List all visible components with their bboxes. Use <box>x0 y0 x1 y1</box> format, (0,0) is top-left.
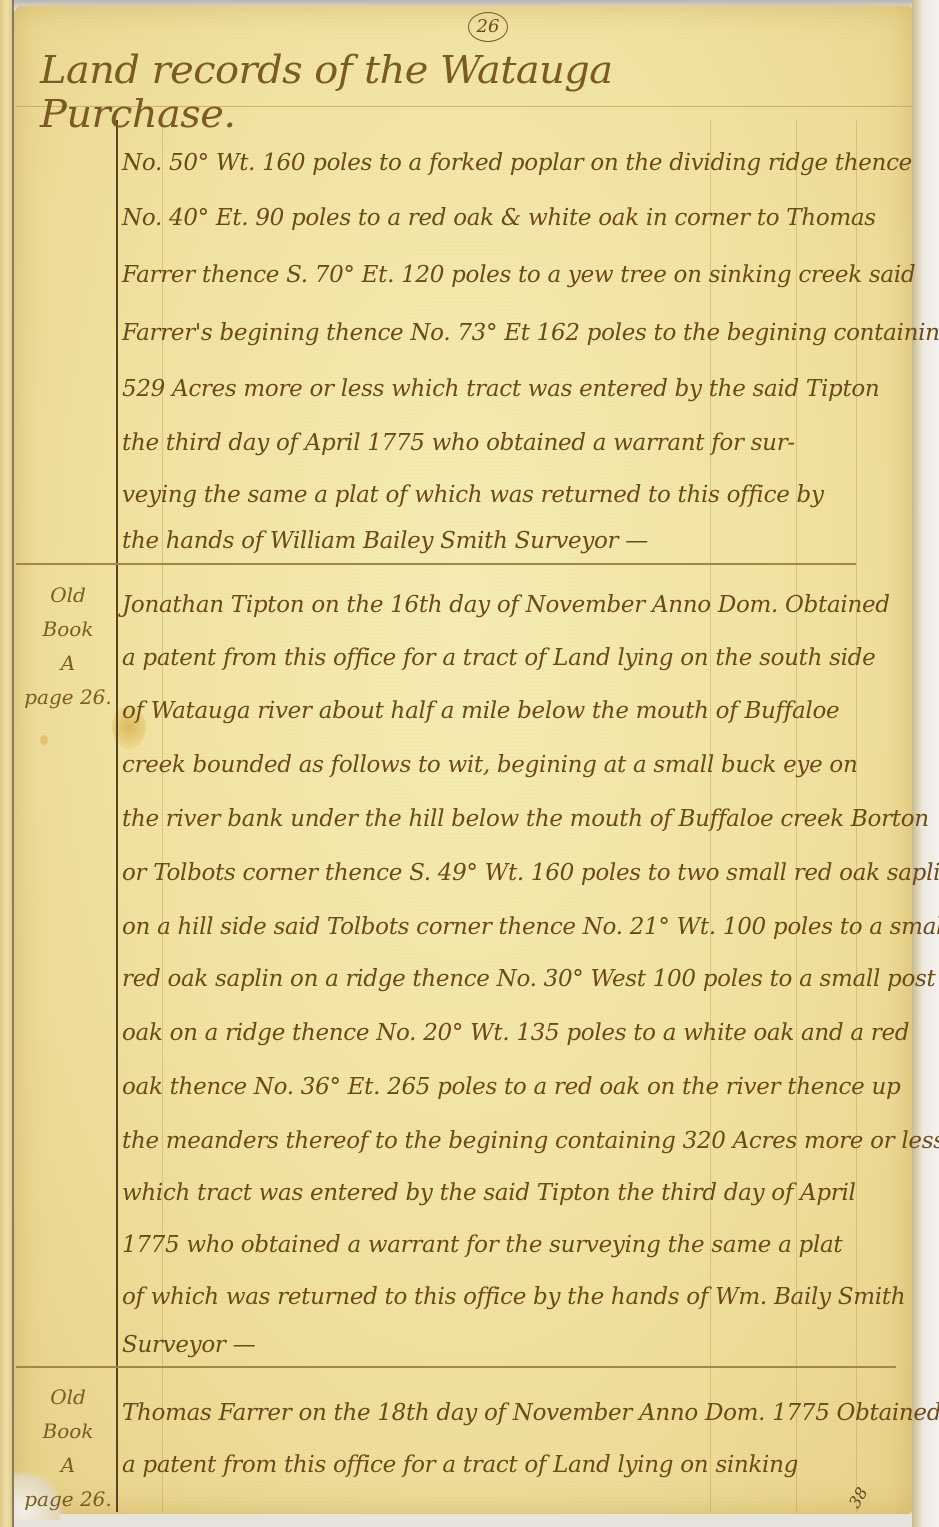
entry-line: the river bank under the hill below the … <box>122 806 912 832</box>
margin-page: page 26. <box>22 680 114 714</box>
margin-page: page 26. <box>22 1482 114 1516</box>
entry-divider <box>16 563 856 565</box>
entry-line: Farrer's begining thence No. 73° Et 162 … <box>122 320 912 346</box>
entry-line: No. 40° Et. 90 poles to a red oak & whit… <box>122 205 912 231</box>
entry-line: or Tolbots corner thence S. 49° Wt. 160 … <box>122 860 912 886</box>
page-title: Land records of the Watauga Purchase. <box>40 48 796 136</box>
margin-book: Old Book <box>22 1380 114 1448</box>
entry-line: of which was returned to this office by … <box>122 1284 912 1310</box>
margin-reference: Old Book A page 26. <box>22 1380 114 1516</box>
entry-line: the hands of William Bailey Smith Survey… <box>122 528 912 554</box>
entry-line: on a hill side said Tolbots corner thenc… <box>122 914 912 940</box>
entry-line: 529 Acres more or less which tract was e… <box>122 376 912 402</box>
entry-line: No. 50° Wt. 160 poles to a forked poplar… <box>122 150 912 176</box>
entry-line: 1775 who obtained a warrant for the surv… <box>122 1232 912 1258</box>
entry-line: Surveyor — <box>122 1332 912 1358</box>
entry-line: which tract was entered by the said Tipt… <box>122 1180 912 1206</box>
entry-line: creek bounded as follows to wit, beginin… <box>122 752 912 778</box>
entry-line: Thomas Farrer on the 18th day of Novembe… <box>122 1400 912 1426</box>
margin-rule <box>116 120 118 1512</box>
entry-line: Farrer thence S. 70° Et. 120 poles to a … <box>122 262 912 288</box>
page-right-edge <box>912 0 939 1527</box>
entry-line: oak on a ridge thence No. 20° Wt. 135 po… <box>122 1020 912 1046</box>
entry-line: the meanders thereof to the begining con… <box>122 1128 912 1154</box>
entry-line: oak thence No. 36° Et. 265 poles to a re… <box>122 1074 912 1100</box>
entry-line: red oak saplin on a ridge thence No. 30°… <box>122 966 912 992</box>
entry-line: veying the same a plat of which was retu… <box>122 482 912 508</box>
entry-line: Jonathan Tipton on the 16th day of Novem… <box>122 592 912 618</box>
margin-volume: A <box>22 646 114 680</box>
entry-line: the third day of April 1775 who obtained… <box>122 430 912 456</box>
page-number: 26 <box>468 12 508 42</box>
entry-line: a patent from this office for a tract of… <box>122 645 912 671</box>
ink-spot <box>40 735 48 745</box>
margin-book: Old Book <box>22 578 114 646</box>
margin-volume: A <box>22 1448 114 1482</box>
entry-divider <box>16 1366 896 1368</box>
entry-line: a patent from this office for a tract of… <box>122 1452 912 1478</box>
margin-reference: Old Book A page 26. <box>22 578 114 714</box>
entry-line: of Watauga river about half a mile below… <box>122 698 912 724</box>
document-page: 26 Land records of the Watauga Purchase.… <box>0 0 939 1527</box>
